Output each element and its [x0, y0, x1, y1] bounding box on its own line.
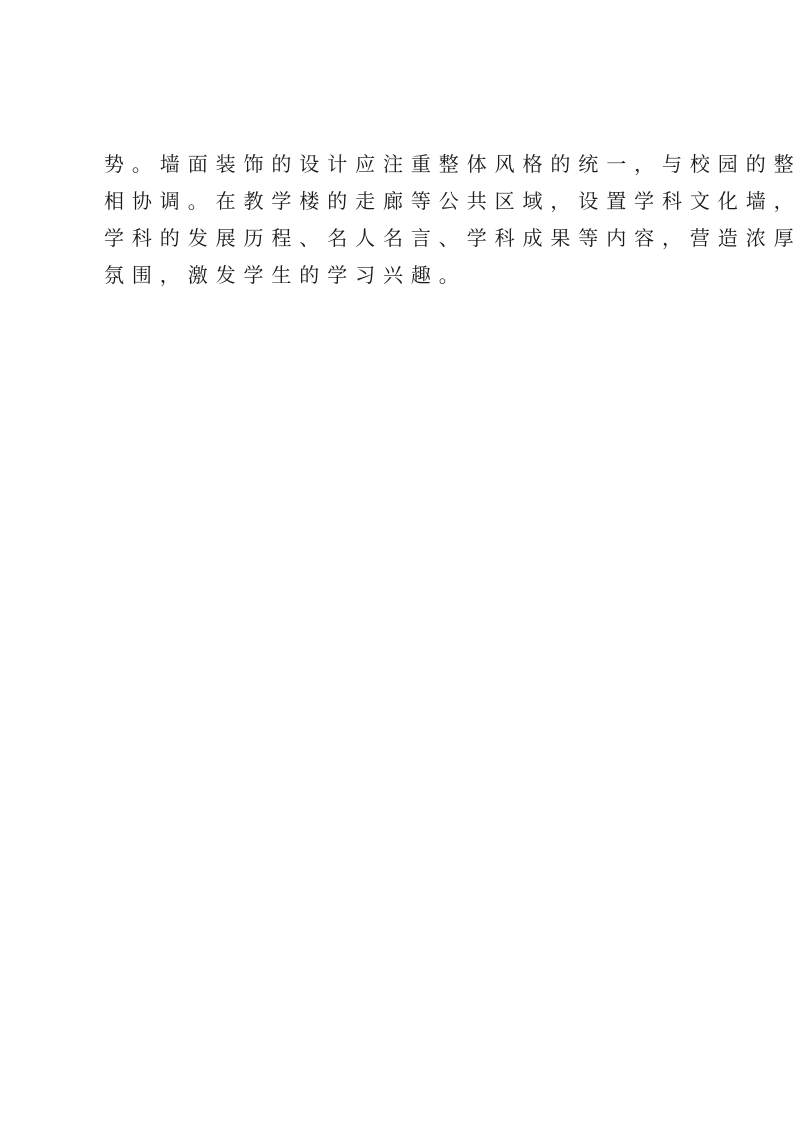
- body-paragraph: 势。墙面装饰的设计应注重整体风格的统一，与校园的整体环境 相协调。在教学楼的走廊…: [104, 151, 704, 299]
- paragraph-line-1: 势。墙面装饰的设计应注重整体风格的统一，与校园的整体环境: [104, 151, 704, 188]
- paragraph-line-3: 学科的发展历程、名人名言、学科成果等内容，营造浓厚的学术: [104, 225, 704, 262]
- document-page: 势。墙面装饰的设计应注重整体风格的统一，与校园的整体环境 相协调。在教学楼的走廊…: [0, 0, 794, 1122]
- paragraph-line-2: 相协调。在教学楼的走廊等公共区域，设置学科文化墙，展示各: [104, 188, 704, 225]
- paragraph-line-4: 氛围，激发学生的学习兴趣。: [104, 262, 704, 299]
